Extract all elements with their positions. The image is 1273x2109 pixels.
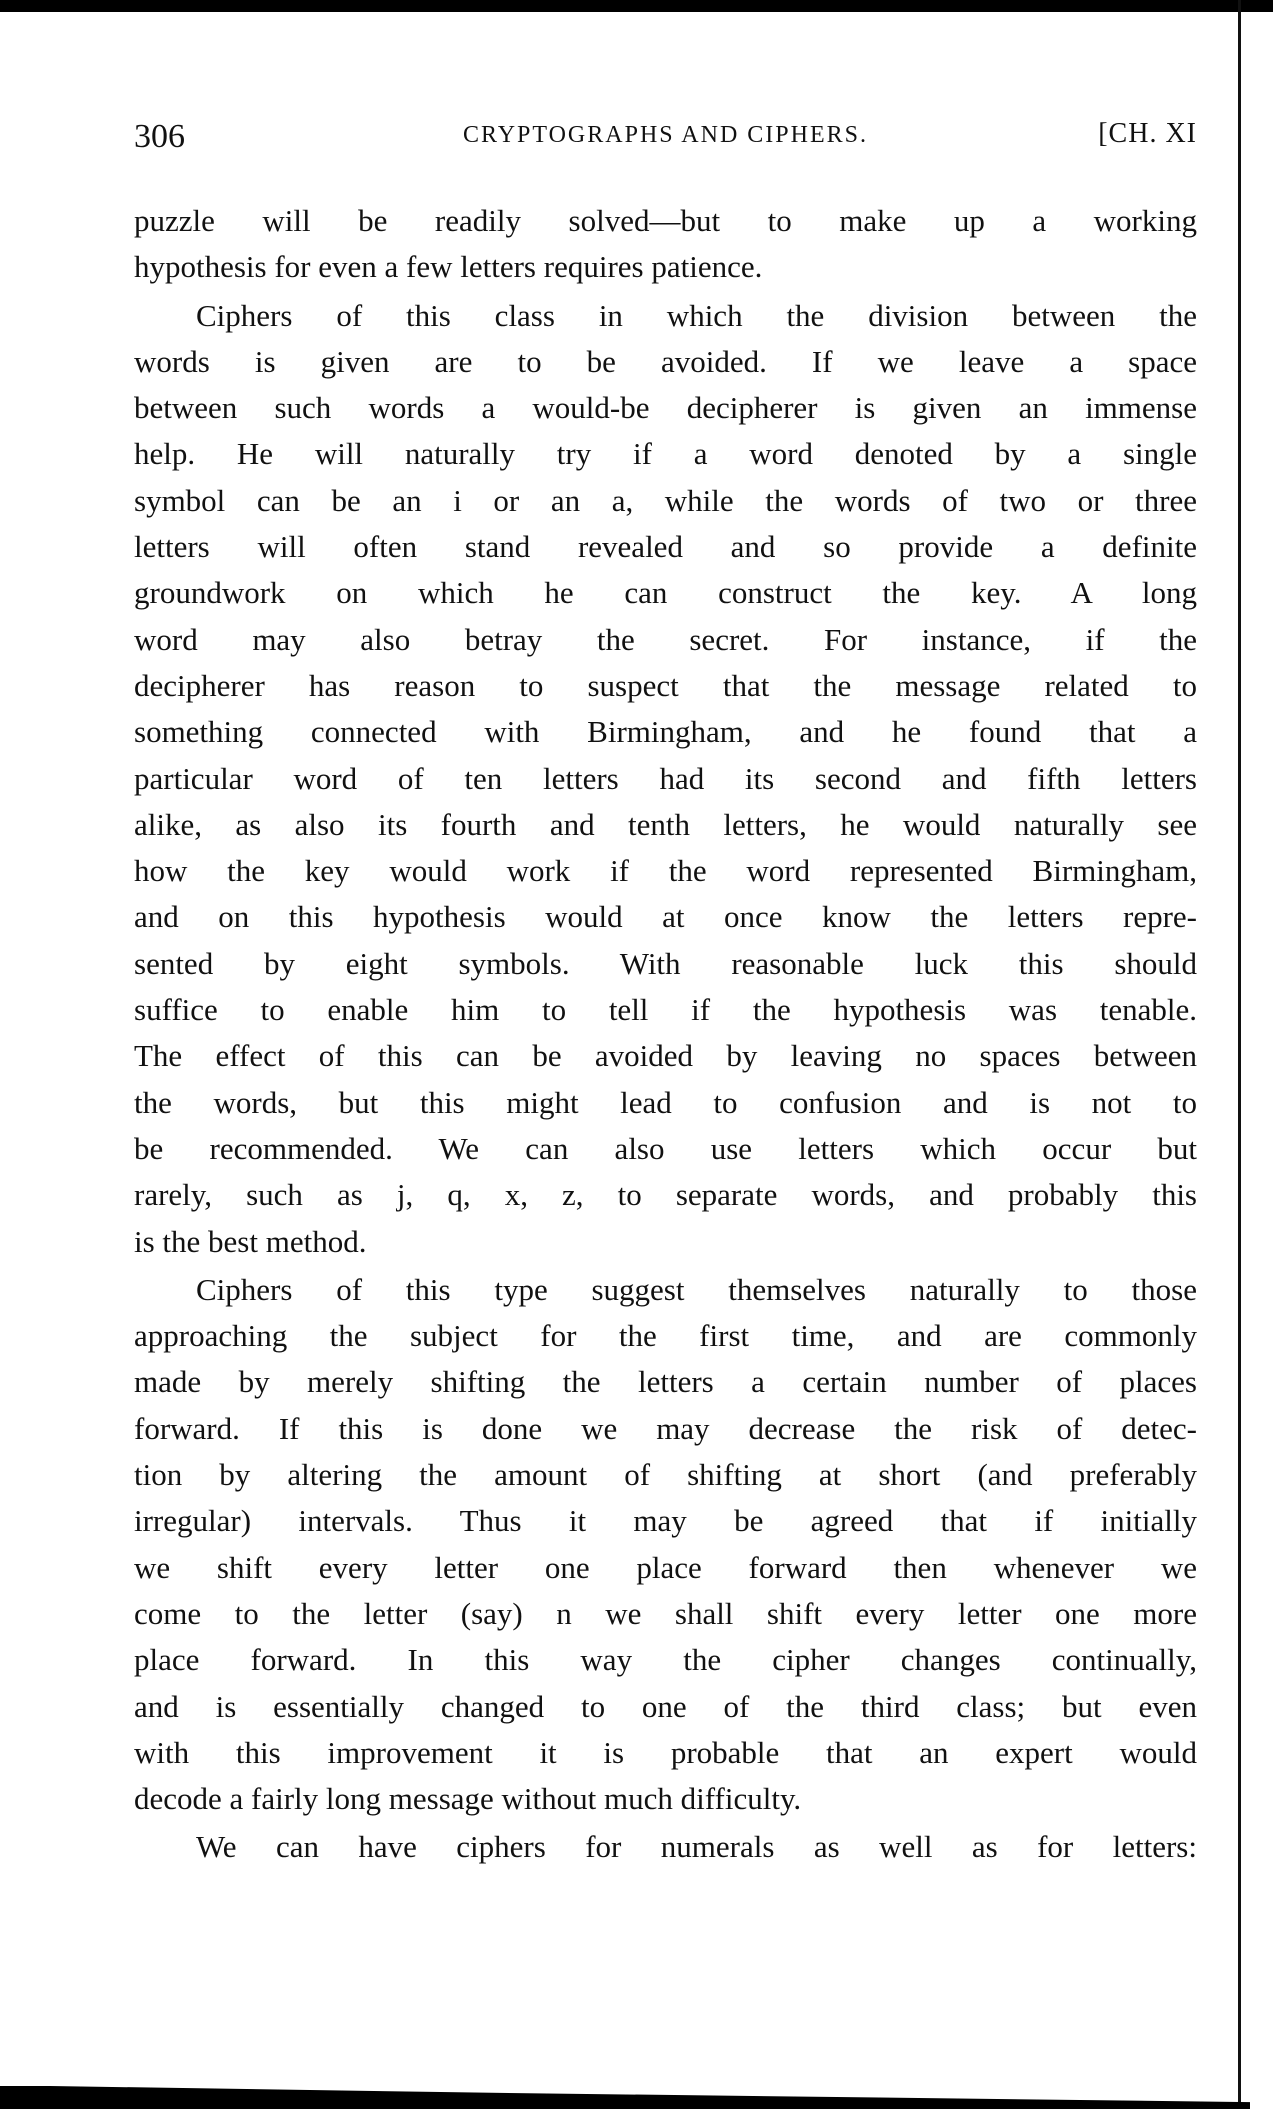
text-line: rarely, such as j, q, x, z, to separate … — [134, 1172, 1197, 1218]
text-line: the words, but this might lead to confus… — [134, 1080, 1197, 1126]
paragraph-2: Ciphers of this class in which the divis… — [134, 293, 1197, 1265]
text-body: puzzle will be readily solved—but to mak… — [134, 198, 1197, 1871]
text-line: tion by altering the amount of shifting … — [134, 1452, 1197, 1498]
text-line: The effect of this can be avoided by lea… — [134, 1033, 1197, 1079]
scan-border-right — [1238, 0, 1241, 2109]
text-line: we shift every letter one place forward … — [134, 1545, 1197, 1591]
paragraph-3: Ciphers of this type suggest themselves … — [134, 1267, 1197, 1823]
text-line: forward. If this is done we may decrease… — [134, 1406, 1197, 1452]
scan-border-bottom — [0, 2086, 1250, 2109]
text-line: come to the letter (say) n we shall shif… — [134, 1591, 1197, 1637]
text-line: how the key would work if the word repre… — [134, 848, 1197, 894]
text-line: puzzle will be readily solved—but to mak… — [134, 198, 1197, 244]
text-line: place forward. In this way the cipher ch… — [134, 1637, 1197, 1683]
text-line: hypothesis for even a few letters requir… — [134, 244, 1197, 290]
text-line: alike, as also its fourth and tenth lett… — [134, 802, 1197, 848]
text-line: between such words a would-be decipherer… — [134, 385, 1197, 431]
text-line: letters will often stand revealed and so… — [134, 524, 1197, 570]
paragraph-1: puzzle will be readily solved—but to mak… — [134, 198, 1197, 291]
text-line: approaching the subject for the first ti… — [134, 1313, 1197, 1359]
text-line: and on this hypothesis would at once kno… — [134, 894, 1197, 940]
text-line: and is essentially changed to one of the… — [134, 1684, 1197, 1730]
text-line: be recommended. We can also use letters … — [134, 1126, 1197, 1172]
scan-border-top — [0, 0, 1273, 12]
text-line: word may also betray the secret. For ins… — [134, 617, 1197, 663]
text-line: Ciphers of this type suggest themselves … — [134, 1267, 1197, 1313]
text-line: made by merely shifting the letters a ce… — [134, 1359, 1197, 1405]
text-line: help. He will naturally try if a word de… — [134, 431, 1197, 477]
text-line: something connected with Birmingham, and… — [134, 709, 1197, 755]
text-line: with this improvement it is probable tha… — [134, 1730, 1197, 1776]
text-line: decode a fairly long message without muc… — [134, 1776, 1197, 1822]
text-line: Ciphers of this class in which the divis… — [134, 293, 1197, 339]
text-line: words is given are to be avoided. If we … — [134, 339, 1197, 385]
text-line: suffice to enable him to tell if the hyp… — [134, 987, 1197, 1033]
text-line: sented by eight symbols. With reasonable… — [134, 941, 1197, 987]
chapter-reference: [CH. XI — [1098, 118, 1197, 150]
text-line: groundwork on which he can construct the… — [134, 570, 1197, 616]
text-line: particular word of ten letters had its s… — [134, 756, 1197, 802]
text-line: is the best method. — [134, 1219, 1197, 1265]
text-line: We can have ciphers for numerals as well… — [134, 1824, 1197, 1870]
text-line: irregular) intervals. Thus it may be agr… — [134, 1498, 1197, 1544]
running-head: 306 CRYPTOGRAPHS AND CIPHERS. [CH. XI — [134, 118, 1197, 158]
paragraph-4: We can have ciphers for numerals as well… — [134, 1824, 1197, 1870]
text-line: decipherer has reason to suspect that th… — [134, 663, 1197, 709]
text-line: symbol can be an i or an a, while the wo… — [134, 478, 1197, 524]
running-title: CRYPTOGRAPHS AND CIPHERS. — [134, 122, 1197, 149]
